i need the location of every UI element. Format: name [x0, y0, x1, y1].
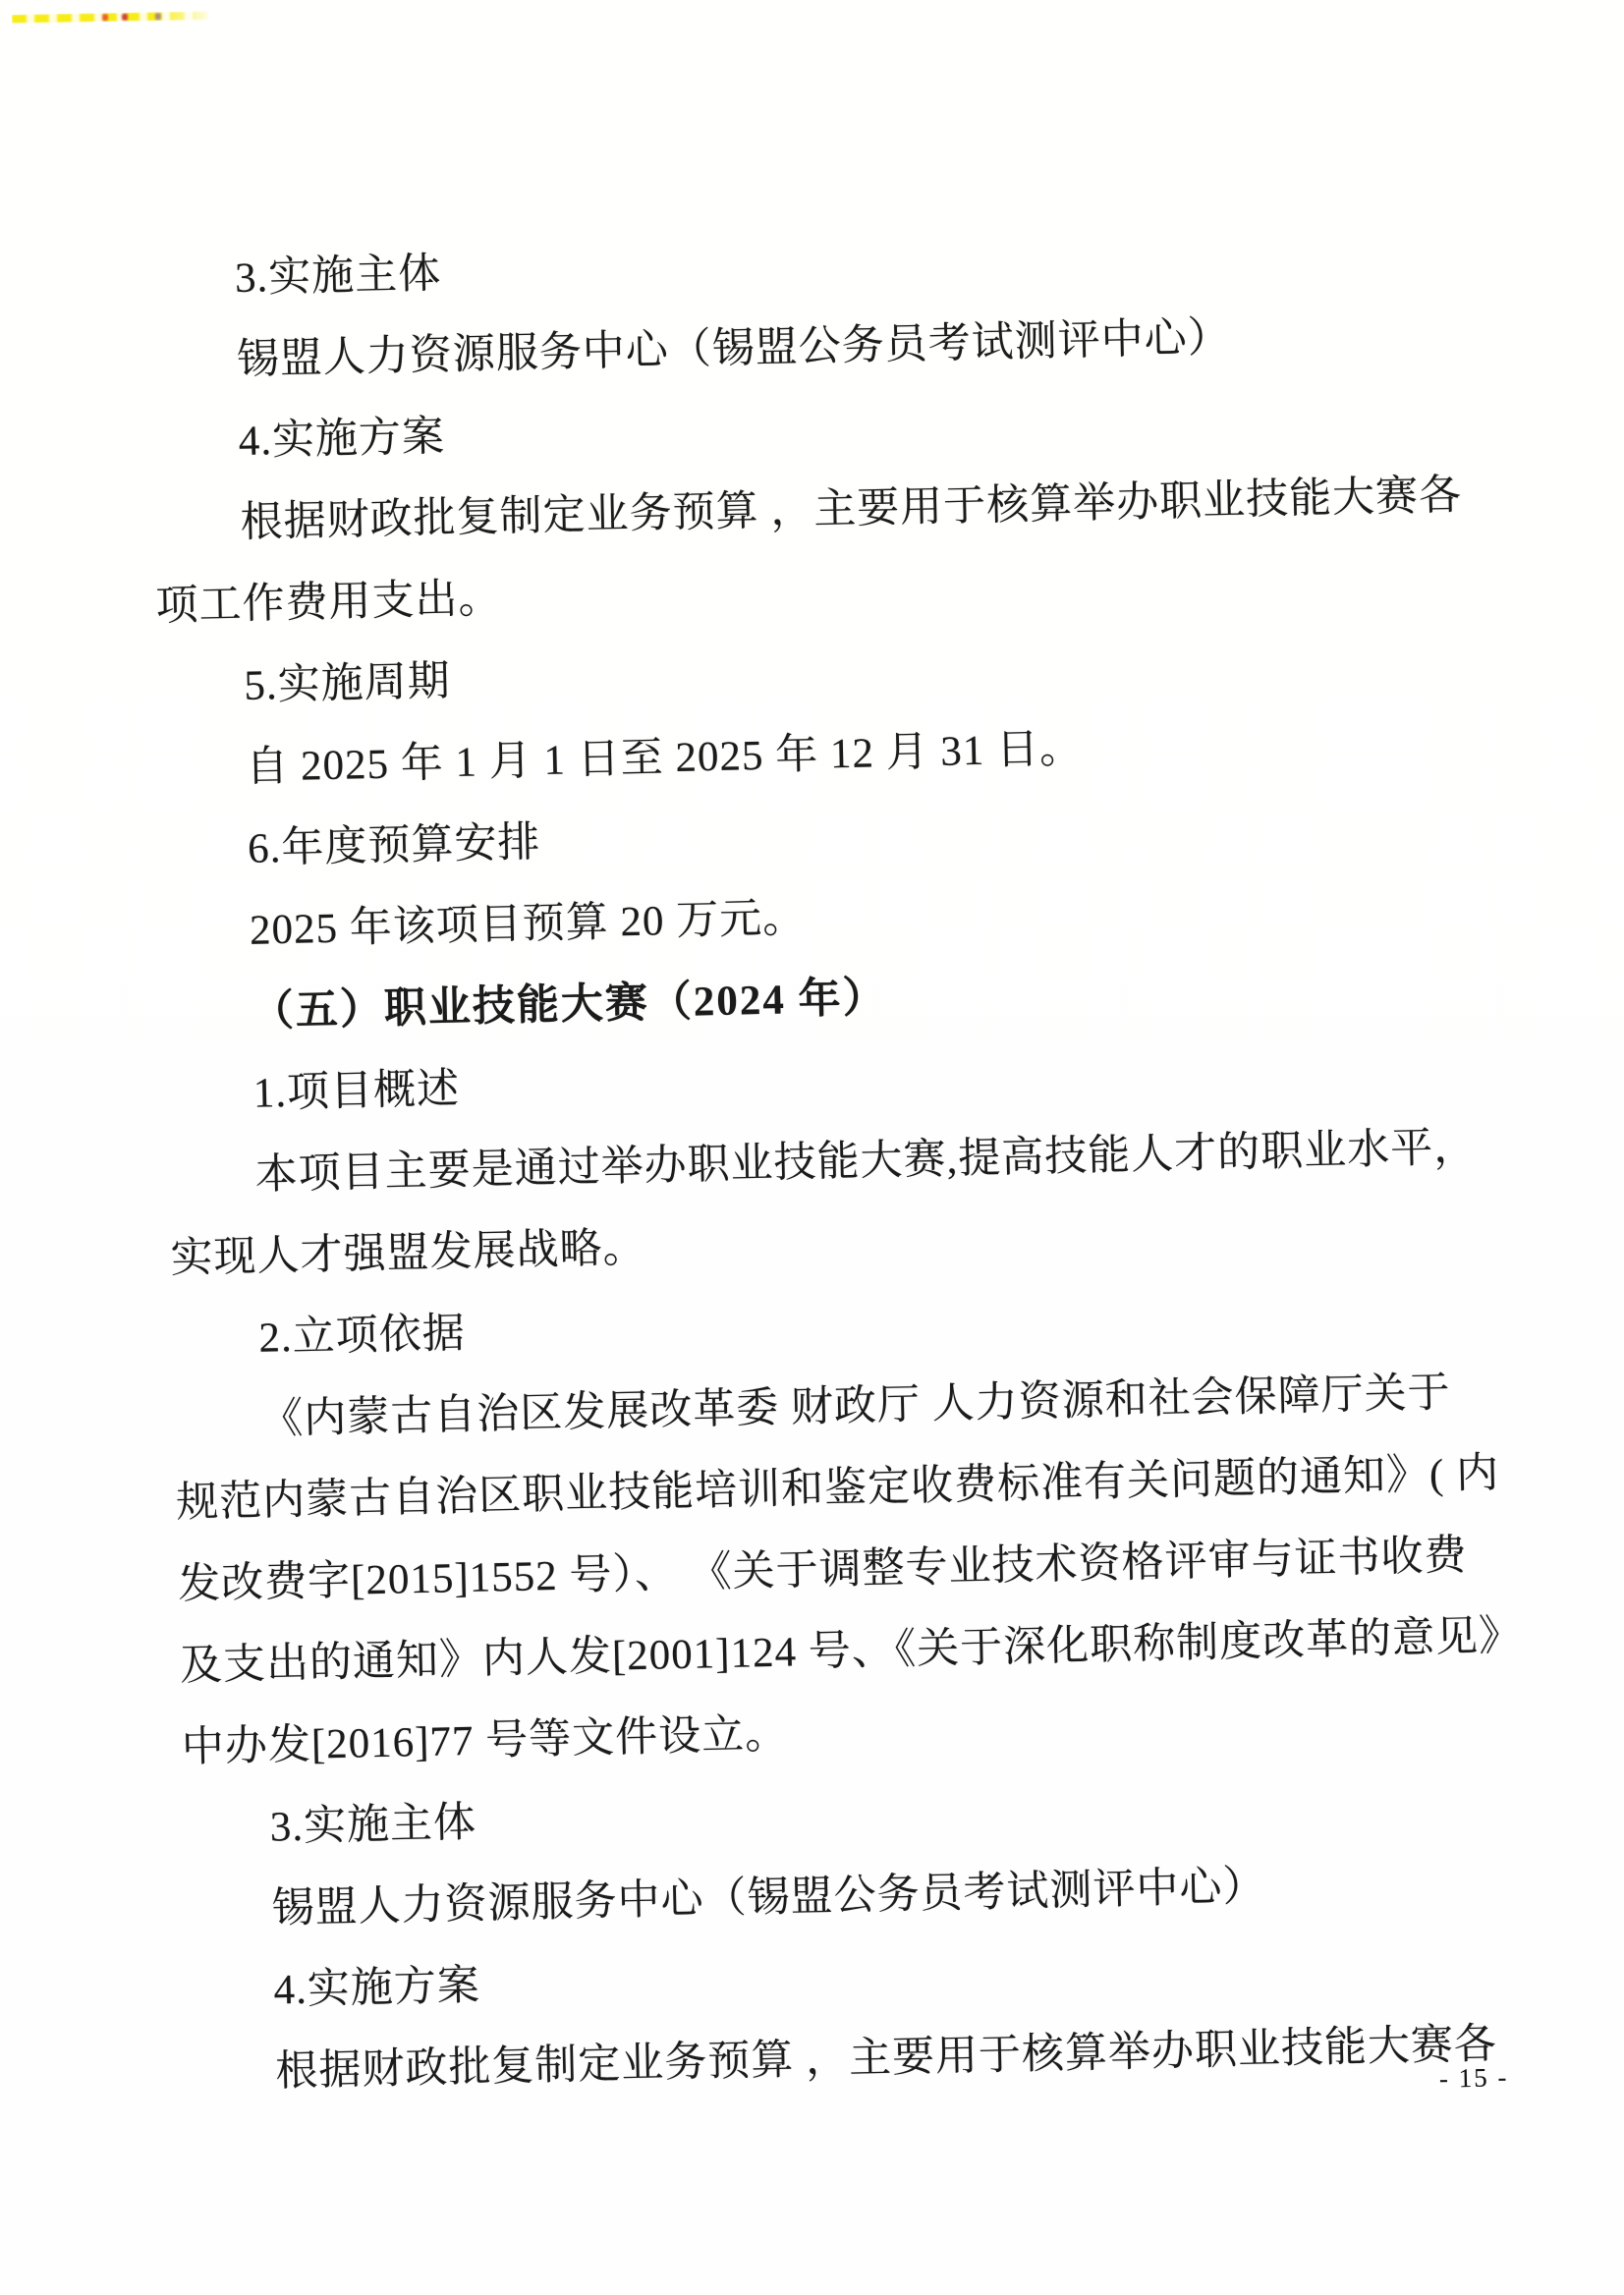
highlighter-spot: [102, 14, 108, 21]
highlighter-smudge: [12, 11, 216, 24]
document-body: - 15 - 3.实施主体锡盟人力资源服务中心（锡盟公务员考试测评中心）4.实施…: [147, 203, 1624, 2111]
highlighter-spot: [155, 13, 161, 20]
document-page: - 15 - 3.实施主体锡盟人力资源服务中心（锡盟公务员考试测评中心）4.实施…: [0, 0, 1624, 2295]
page-number: - 15 -: [1439, 2062, 1509, 2095]
highlighter-spot: [122, 14, 128, 21]
